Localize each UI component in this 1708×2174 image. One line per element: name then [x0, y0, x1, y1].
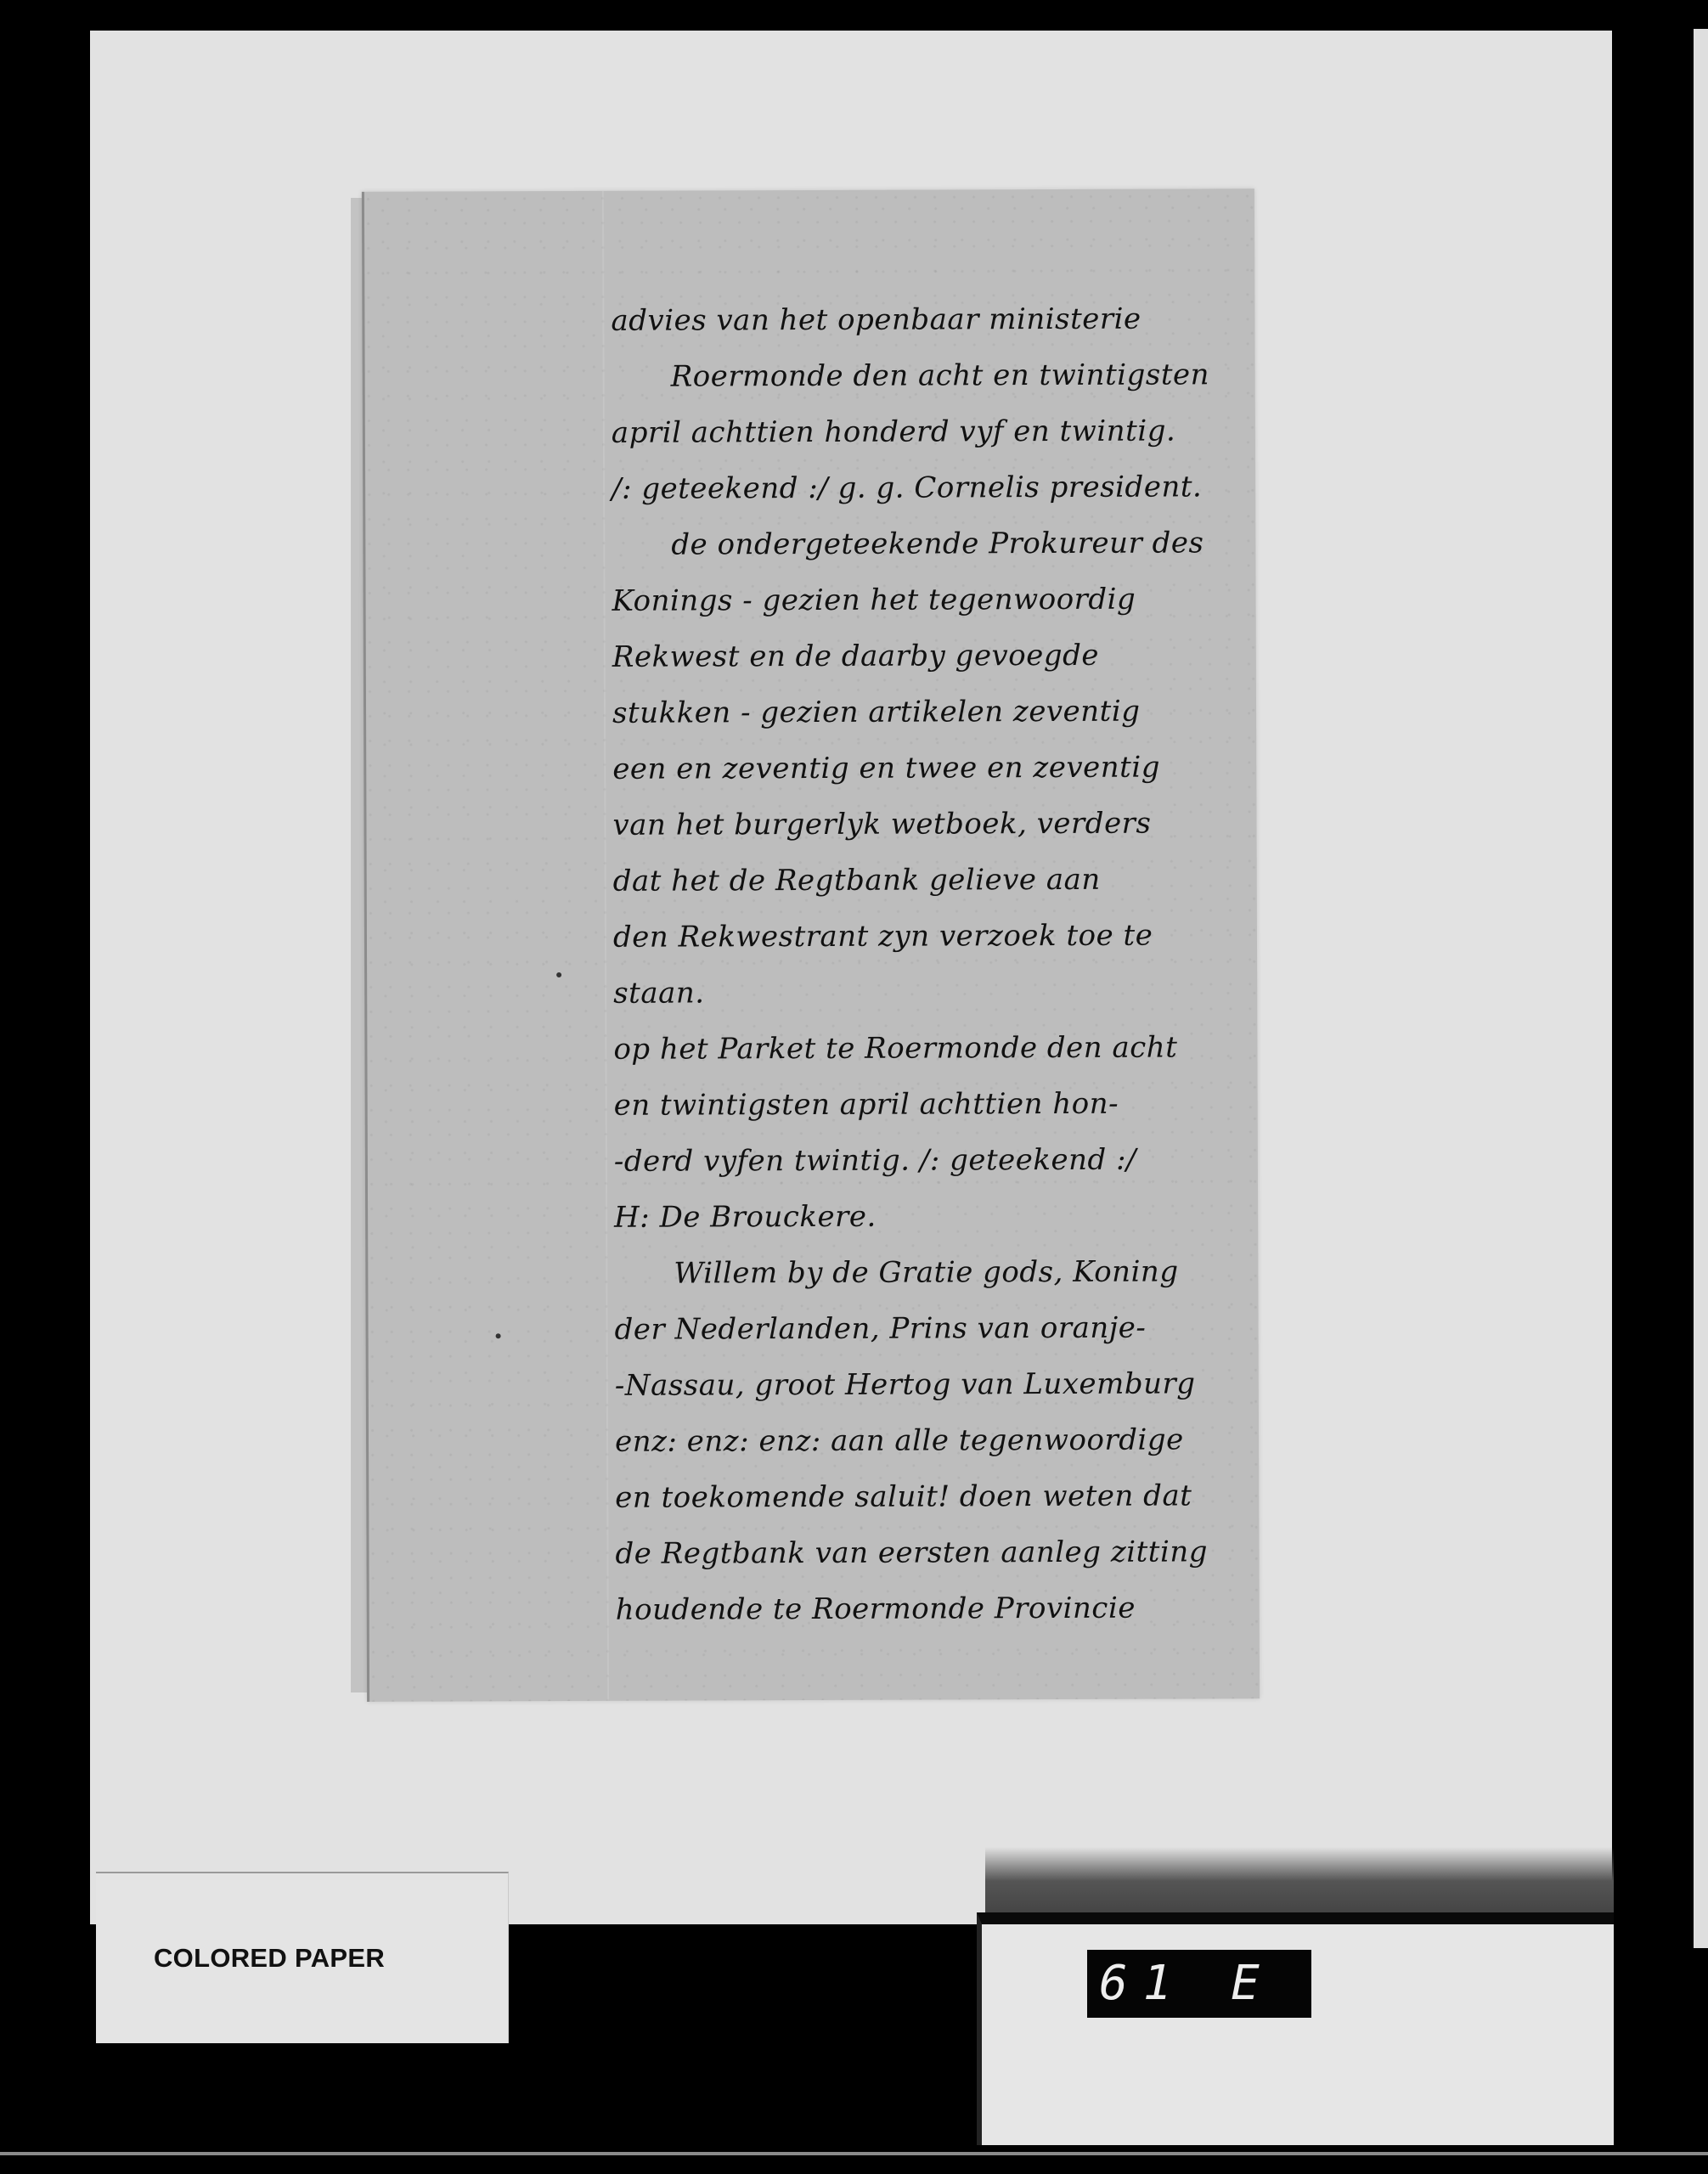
adjacent-frame-edge	[1694, 29, 1708, 1948]
text-line: stukken - gezien artikelen zeventig	[612, 683, 1241, 741]
text-line: /: geteekend :/ g. g. Cornelis president…	[612, 459, 1240, 517]
text-line: H: De Brouckere.	[614, 1187, 1243, 1246]
paper-blemish	[556, 972, 561, 977]
text-line: advies van het openbaar ministerie	[611, 290, 1239, 349]
text-line: Roermonde den acht en twintigsten	[612, 346, 1240, 405]
colored-paper-label: COLORED PAPER	[154, 1943, 385, 1974]
text-line: -Nassau, groot Hertog van Luxemburg	[615, 1355, 1243, 1414]
text-line: op het Parket te Roermonde den acht	[613, 1019, 1242, 1078]
text-line: der Nederlanden, Prins van oranje-	[614, 1299, 1243, 1358]
handwritten-text: advies van het openbaar ministerie Roerm…	[611, 290, 1244, 1638]
text-line: dat het de Regtbank gelieve aan	[613, 851, 1242, 910]
target-card: 61 E	[977, 1912, 1614, 2145]
text-line: Konings - gezien het tegenwoordig	[612, 571, 1240, 629]
text-line: Rekwest en de daarby gevoegde	[612, 627, 1241, 685]
text-line: den Rekwestrant zyn verzoek toe te	[613, 907, 1242, 966]
text-line: april achttien honderd vyf en twintig.	[612, 403, 1240, 461]
text-line: staan.	[613, 963, 1242, 1022]
text-line: de ondergeteekende Prokureur des	[612, 515, 1240, 573]
frame-target-id: 61 E	[1087, 1950, 1311, 2018]
text-line: en twintigsten april achttien hon-	[614, 1075, 1243, 1134]
paper-fold	[602, 191, 609, 1701]
manuscript-page: advies van het openbaar ministerie Roerm…	[362, 189, 1260, 1702]
text-line: enz: enz: enz: aan alle tegenwoordige	[615, 1411, 1243, 1470]
text-line: houdende te Roermonde Provincie	[616, 1580, 1244, 1638]
text-line: van het burgerlyk wetboek, verders	[612, 795, 1241, 853]
text-line: en toekomende saluit! doen weten dat	[615, 1467, 1243, 1526]
colored-paper-label-card: COLORED PAPER	[96, 1872, 509, 2043]
paper-blemish	[496, 1333, 501, 1338]
text-line: een en zeventig en twee en zeventig	[612, 739, 1241, 797]
text-line: de Regtbank van eersten aanleg zitting	[615, 1523, 1243, 1582]
text-line: Willem by de Gratie gods, Koning	[614, 1243, 1243, 1302]
film-edge-line	[0, 2152, 1708, 2155]
text-line: -derd vyfen twintig. /: geteekend :/	[614, 1131, 1243, 1190]
